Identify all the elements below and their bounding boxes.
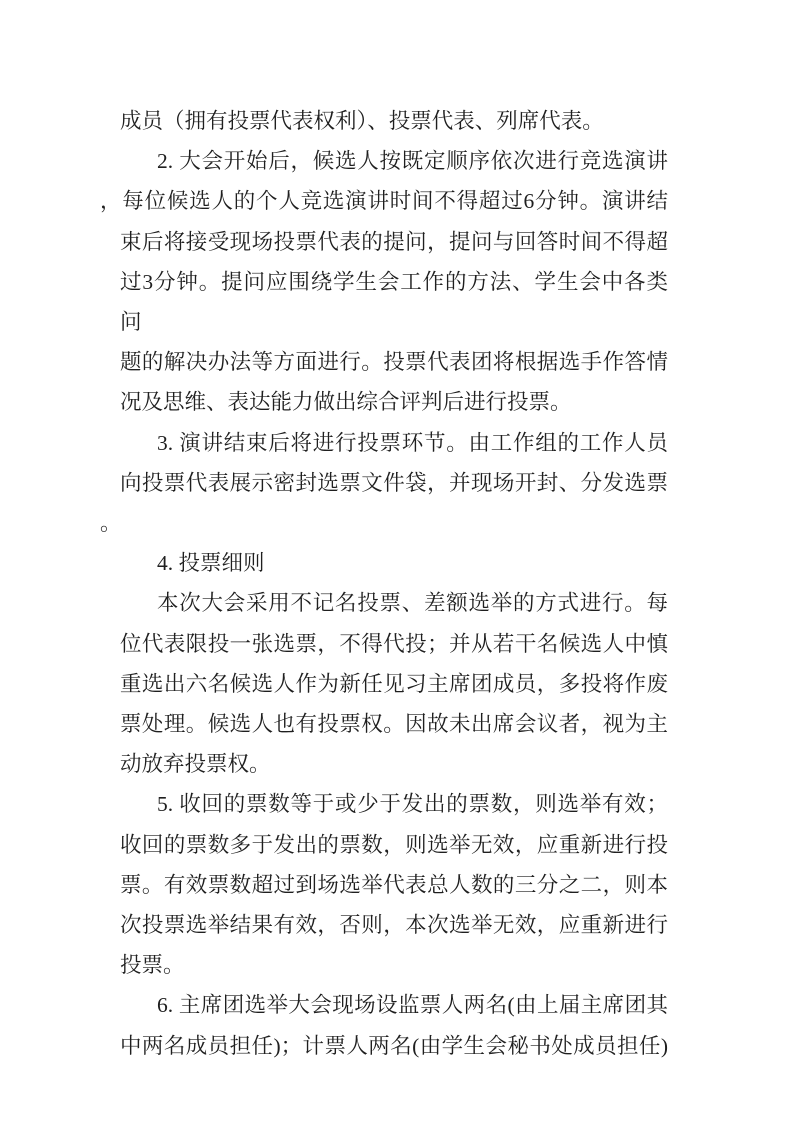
text-line: 4. 投票细则 [120, 543, 668, 583]
text-line: 票。有效票数超过到场选举代表总人数的三分之二，则本 [120, 865, 668, 905]
text-line: 重选出六名候选人作为新任见习主席团成员，多投将作废 [120, 664, 668, 704]
text-line: 次投票选举结果有效，否则，本次选举无效，应重新进行 [120, 905, 668, 945]
text-line: 中两名成员担任)；计票人两名(由学生会秘书处成员担任) [120, 1026, 668, 1066]
document-page: 成员（拥有投票代表权利）、投票代表、列席代表。 2. 大会开始后，候选人按既定顺… [0, 0, 800, 1131]
text-line: 投票。 [120, 945, 668, 985]
text-line: 过3分钟。提问应围绕学生会工作的方法、学生会中各类问 [120, 262, 668, 342]
text-line: 收回的票数多于发出的票数，则选举无效，应重新进行投 [120, 825, 668, 865]
text-line: 3. 演讲结束后将进行投票环节。由工作组的工作人员 [120, 423, 668, 463]
text-line: 5. 收回的票数等于或少于发出的票数，则选举有效； [120, 784, 668, 824]
text-line: 况及思维、表达能力做出综合评判后进行投票。 [120, 382, 668, 422]
text-line: 束后将接受现场投票代表的提问，提问与回答时间不得超 [120, 222, 668, 262]
text-line: 题的解决办法等方面进行。投票代表团将根据选手作答情 [120, 342, 668, 382]
text-line: 6. 主席团选举大会现场设监票人两名(由上届主席团其 [120, 985, 668, 1025]
text-line: 本次大会采用不记名投票、差额选举的方式进行。每 [120, 583, 668, 623]
text-line: 2. 大会开始后，候选人按既定顺序依次进行竞选演讲 [120, 141, 668, 181]
text-line: 位代表限投一张选票，不得代投；并从若干名候选人中慎 [120, 624, 668, 664]
text-line: 动放弃投票权。 [120, 744, 668, 784]
text-line: 成员（拥有投票代表权利）、投票代表、列席代表。 [120, 101, 668, 141]
document-body: 成员（拥有投票代表权利）、投票代表、列席代表。 2. 大会开始后，候选人按既定顺… [120, 101, 668, 1066]
text-line: 票处理。候选人也有投票权。因故未出席会议者，视为主 [120, 704, 668, 744]
text-line: ，每位候选人的个人竞选演讲时间不得超过6分钟。演讲结 [120, 181, 668, 221]
text-line: 向投票代表展示密封选票文件袋，并现场开封、分发选票 [120, 463, 668, 503]
text-line: 。 [120, 503, 668, 543]
